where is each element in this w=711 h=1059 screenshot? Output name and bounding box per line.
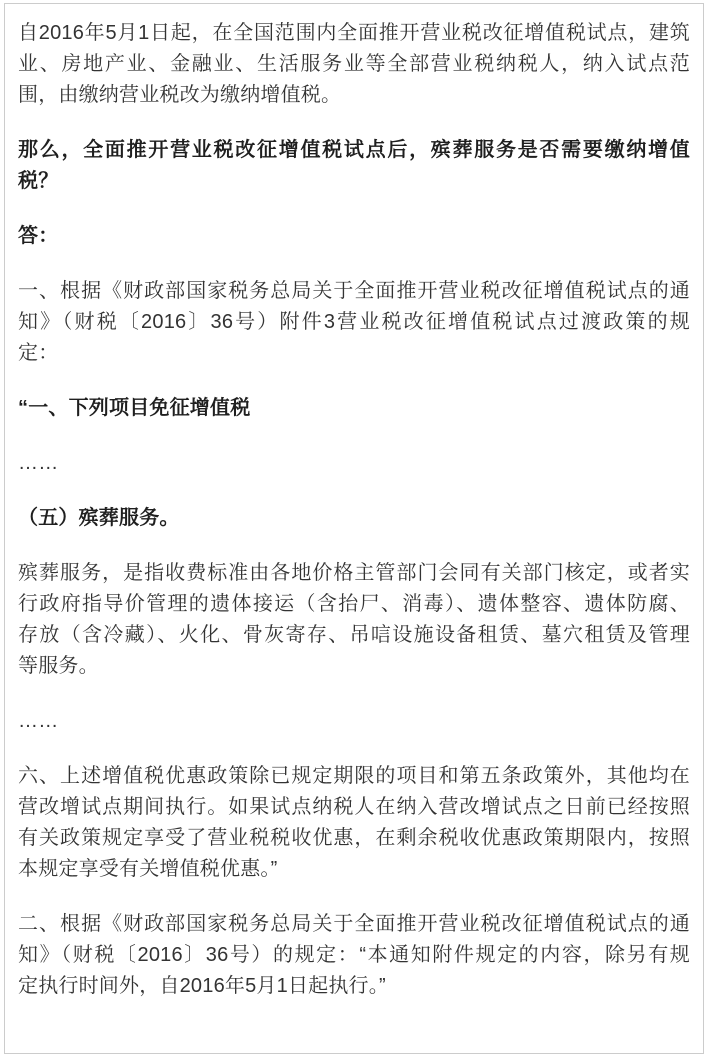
text-line: 六、上述增值税优惠政策除已规定期限的项目和第五条政策外，其他均在 xyxy=(18,761,690,792)
text-line: 税？ xyxy=(18,166,690,197)
intro-paragraph: 自2016年5月1日起，在全国范围内全面推开营业税改征增值税试点，建筑业、房地产… xyxy=(18,18,690,111)
text-line: …… xyxy=(18,706,690,737)
text-line: 殡葬服务，是指收费标准由各地价格主管部门会同有关部门核定，或者实 xyxy=(18,558,690,589)
quoted-item-6-paragraph: 六、上述增值税优惠政策除已规定期限的项目和第五条政策外，其他均在营改增试点期间执… xyxy=(18,761,690,885)
text-line: 行政府指导价管理的遗体接运（含抬尸、消毒）、遗体整容、遗体防腐、 xyxy=(18,589,690,620)
funeral-service-item-heading: （五）殡葬服务。 xyxy=(18,503,690,534)
answer-point-2-paragraph: 二、根据《财政部国家税务总局关于全面推开营业税改征增值税试点的通知》（财税〔20… xyxy=(18,909,690,1002)
text-line: 等服务。 xyxy=(18,651,690,682)
question-heading: 那么，全面推开营业税改征增值税试点后，殡葬服务是否需要缴纳增值税？ xyxy=(18,135,690,197)
text-line: …… xyxy=(18,448,690,479)
text-line: 自2016年5月1日起，在全国范围内全面推开营业税改征增值税试点，建筑 xyxy=(18,18,690,49)
text-line: 答： xyxy=(18,221,690,252)
text-line: 那么，全面推开营业税改征增值税试点后，殡葬服务是否需要缴纳增值 xyxy=(18,135,690,166)
ellipsis-1: …… xyxy=(18,448,690,479)
text-line: 营改增试点期间执行。如果试点纳税人在纳入营改增试点之日前已经按照 xyxy=(18,792,690,823)
text-line: 知》（财税〔2016〕36号）的规定：“本通知附件规定的内容，除另有规 xyxy=(18,940,690,971)
text-line: 二、根据《财政部国家税务总局关于全面推开营业税改征增值税试点的通 xyxy=(18,909,690,940)
text-line: 存放（含冷藏）、火化、骨灰寄存、吊唁设施设备租赁、墓穴租赁及管理 xyxy=(18,620,690,651)
article-body: 自2016年5月1日起，在全国范围内全面推开营业税改征增值税试点，建筑业、房地产… xyxy=(5,4,703,1002)
text-line: 定执行时间外，自2016年5月1日起执行。” xyxy=(18,971,690,1002)
quoted-item-heading: “一、下列项目免征增值税 xyxy=(18,393,690,424)
text-line: 业、房地产业、金融业、生活服务业等全部营业税纳税人，纳入试点范 xyxy=(18,49,690,80)
text-line: 围，由缴纳营业税改为缴纳增值税。 xyxy=(18,80,690,111)
ellipsis-2: …… xyxy=(18,706,690,737)
text-line: 知》（财税〔2016〕36号）附件3营业税改征增值税试点过渡政策的规 xyxy=(18,307,690,338)
text-line: （五）殡葬服务。 xyxy=(18,503,690,534)
text-line: 一、根据《财政部国家税务总局关于全面推开营业税改征增值税试点的通 xyxy=(18,276,690,307)
answer-point-1-paragraph: 一、根据《财政部国家税务总局关于全面推开营业税改征增值税试点的通知》（财税〔20… xyxy=(18,276,690,369)
answer-label: 答： xyxy=(18,221,690,252)
text-line: “一、下列项目免征增值税 xyxy=(18,393,690,424)
funeral-service-definition-paragraph: 殡葬服务，是指收费标准由各地价格主管部门会同有关部门核定，或者实行政府指导价管理… xyxy=(18,558,690,682)
text-line: 定： xyxy=(18,338,690,369)
text-line: 有关政策规定享受了营业税税收优惠，在剩余税收优惠政策期限内，按照 xyxy=(18,823,690,854)
text-line: 本规定享受有关增值税优惠。” xyxy=(18,854,690,885)
article-page: 自2016年5月1日起，在全国范围内全面推开营业税改征增值税试点，建筑业、房地产… xyxy=(4,3,704,1054)
